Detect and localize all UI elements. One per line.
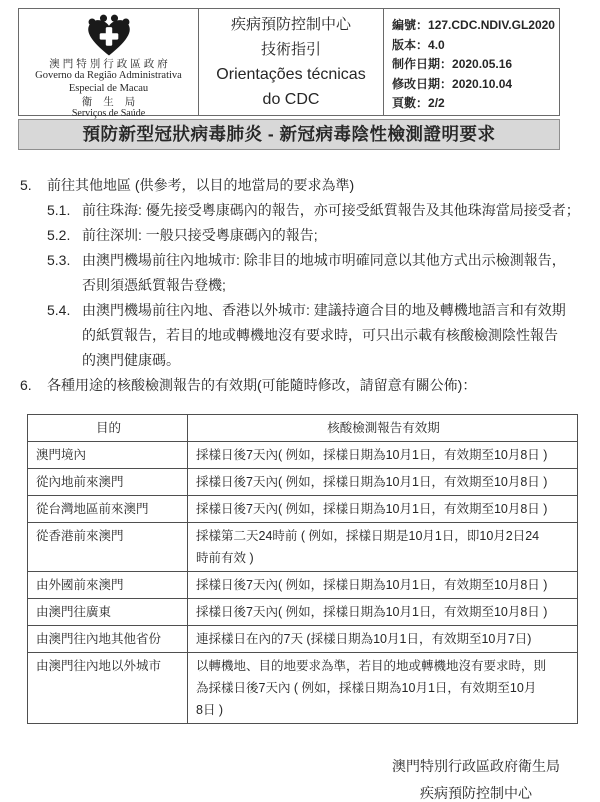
subitem-number: 5.4. [47, 298, 82, 373]
subitem-text: 由澳門機場前往內地、香港以外城市: 建議持適合目的地及轉機地語言和有效期 的紙質… [82, 298, 584, 373]
subitem-5-2: 5.2. 前往深圳: 一般只接受粵康碼內的報告; [47, 223, 584, 248]
purpose-cell: 從內地前來澳門 [28, 469, 188, 496]
validity-cell: 採樣日後7天內( 例如，採樣日期為10月1日，有效期至10月8日 ) [188, 496, 578, 523]
subitem-text: 前往深圳: 一般只接受粵康碼內的報告; [82, 223, 584, 248]
subitem-5-3: 5.3. 由澳門機場前往內地城市: 除非目的地城市明確同意以其他方式出示檢測報告… [47, 248, 584, 298]
subitem-number: 5.3. [47, 248, 82, 298]
table-header-validity: 核酸檢測報告有效期 [188, 415, 578, 442]
meta-separator: ： [440, 57, 452, 71]
table-header-row: 目的 核酸檢測報告有效期 [28, 415, 578, 442]
doc-meta-cell: 編號：127.CDC.NDIV.GL2020 版本：4.0 制作日期：2020.… [383, 9, 559, 115]
item-text: 前往其他地區 (供參考，以目的地當局的要求為準) [47, 173, 584, 198]
meta-row-created: 制作日期：2020.05.16 [392, 55, 557, 75]
subitem-5-4: 5.4. 由澳門機場前往內地、香港以外城市: 建議持適合目的地及轉機地語言和有效… [47, 298, 584, 373]
meta-label: 編號 [392, 18, 416, 32]
table-row-from-mainland: 從內地前來澳門 採樣日後7天內( 例如，採樣日期為10月1日，有效期至10月8日… [28, 469, 578, 496]
footer-dept-line: 疾病預防控制中心 [386, 780, 566, 802]
subitem-5-1: 5.1. 前往珠海: 優先接受粵康碼內的報告，亦可接受紙質報告及其他珠海當局接受… [47, 198, 584, 223]
document-footer: 澳門特別行政區政府衛生局 疾病預防控制中心 [386, 753, 566, 802]
purpose-cell: 由澳門往廣東 [28, 599, 188, 626]
cdc-title-pt-line1: Orientações técnicas [199, 62, 383, 87]
table-row-to-outside-mainland: 由澳門往內地以外城市 以轉機地、目的地要求為準，若目的地或轉機地沒有要求時，則 … [28, 653, 578, 724]
footer-org-line: 澳門特別行政區政府衛生局 [386, 753, 566, 780]
org-name-pt-line1: Governo da Região Administrativa [19, 70, 198, 83]
document-page: 澳門特別行政區政府 Governo da Região Administrati… [0, 8, 600, 802]
meta-label: 制作日期 [392, 57, 440, 71]
subitem-text: 前往珠海: 優先接受粵康碼內的報告，亦可接受紙質報告及其他珠海當局接受者； [82, 198, 584, 223]
table-header-purpose: 目的 [28, 415, 188, 442]
section-item-6: 6. 各種用途的核酸檢測報告的有效期(可能隨時修改，請留意有關公佈)： [20, 373, 584, 398]
meta-separator: ： [440, 77, 452, 91]
cdc-title-pt-line2: do CDC [199, 87, 383, 112]
health-bureau-logo-icon [19, 12, 198, 57]
validity-cell: 採樣日後7天內( 例如，採樣日期為10月1日，有效期至10月8日 ) [188, 572, 578, 599]
validity-table: 目的 核酸檢測報告有效期 澳門境內 採樣日後7天內( 例如，採樣日期為10月1日… [27, 414, 578, 724]
purpose-cell: 從香港前來澳門 [28, 523, 188, 572]
meta-value: 127.CDC.NDIV.GL2020 [428, 18, 555, 32]
validity-cell: 採樣第二天24時前 ( 例如，採樣日期是10月1日，即10月2日24 時前有效 … [188, 523, 578, 572]
table-row-to-guangdong: 由澳門往廣東 採樣日後7天內( 例如，採樣日期為10月1日，有效期至10月8日 … [28, 599, 578, 626]
cdc-title-cn-line1: 疾病預防控制中心 [199, 12, 383, 37]
meta-row-pages: 頁數：2/2 [392, 94, 557, 114]
meta-row-version: 版本：4.0 [392, 36, 557, 56]
page-title: 預防新型冠狀病毒肺炎 - 新冠病毒陰性檢測證明要求 [18, 119, 560, 150]
validity-cell: 連採樣日在內的7天 (採樣日期為10月1日，有效期至10月7日) [188, 626, 578, 653]
meta-row-number: 編號：127.CDC.NDIV.GL2020 [392, 16, 557, 36]
meta-separator: ： [416, 38, 428, 52]
subitem-number: 5.1. [47, 198, 82, 223]
cdc-guideline-cell: 疾病預防控制中心 技術指引 Orientações técnicas do CD… [198, 9, 383, 115]
meta-value: 2/2 [428, 96, 445, 110]
document-header: 澳門特別行政區政府 Governo da Região Administrati… [18, 8, 560, 116]
validity-cell: 採樣日後7天內( 例如，採樣日期為10月1日，有效期至10月8日 ) [188, 442, 578, 469]
org-name-pt-line2: Especial de Macau [19, 83, 198, 96]
purpose-cell: 從台灣地區前來澳門 [28, 496, 188, 523]
item-number: 6. [20, 373, 47, 398]
meta-separator: ： [416, 18, 428, 32]
meta-value: 2020.10.04 [452, 77, 512, 91]
purpose-cell: 由澳門往內地其他省份 [28, 626, 188, 653]
table-row-from-hongkong: 從香港前來澳門 採樣第二天24時前 ( 例如，採樣日期是10月1日，即10月2日… [28, 523, 578, 572]
validity-cell: 採樣日後7天內( 例如，採樣日期為10月1日，有效期至10月8日 ) [188, 599, 578, 626]
meta-separator: ： [416, 96, 428, 110]
purpose-cell: 由外國前來澳門 [28, 572, 188, 599]
table-row-macau-local: 澳門境內 採樣日後7天內( 例如，採樣日期為10月1日，有效期至10月8日 ) [28, 442, 578, 469]
dept-name-pt: Serviços de Saúde [19, 108, 198, 120]
meta-label: 頁數 [392, 96, 416, 110]
item-5-subitems: 5.1. 前往珠海: 優先接受粵康碼內的報告，亦可接受紙質報告及其他珠海當局接受… [47, 198, 584, 373]
meta-value: 2020.05.16 [452, 57, 512, 71]
table-row-from-foreign: 由外國前來澳門 採樣日後7天內( 例如，採樣日期為10月1日，有效期至10月8日… [28, 572, 578, 599]
table-row-from-taiwan: 從台灣地區前來澳門 採樣日後7天內( 例如，採樣日期為10月1日，有效期至10月… [28, 496, 578, 523]
item-text: 各種用途的核酸檢測報告的有效期(可能隨時修改，請留意有關公佈)： [47, 373, 584, 398]
meta-row-modified: 修改日期：2020.10.04 [392, 75, 557, 95]
purpose-cell: 澳門境內 [28, 442, 188, 469]
issuer-cell: 澳門特別行政區政府 Governo da Região Administrati… [19, 9, 198, 115]
dept-name-cn: 衛生局 [19, 96, 198, 108]
purpose-cell: 由澳門往內地以外城市 [28, 653, 188, 724]
meta-label: 修改日期 [392, 77, 440, 91]
table-row-to-other-provinces: 由澳門往內地其他省份 連採樣日在內的7天 (採樣日期為10月1日，有效期至10月… [28, 626, 578, 653]
item-number: 5. [20, 173, 47, 198]
validity-cell: 以轉機地、目的地要求為準，若目的地或轉機地沒有要求時，則 為採樣日後7天內 ( … [188, 653, 578, 724]
meta-value: 4.0 [428, 38, 445, 52]
subitem-number: 5.2. [47, 223, 82, 248]
document-body: 5. 前往其他地區 (供參考，以目的地當局的要求為準) 5.1. 前往珠海: 優… [20, 173, 584, 398]
meta-label: 版本 [392, 38, 416, 52]
subitem-text: 由澳門機場前往內地城市: 除非目的地城市明確同意以其他方式出示檢測報告， 否則須… [82, 248, 584, 298]
org-name-cn: 澳門特別行政區政府 [19, 58, 198, 70]
validity-cell: 採樣日後7天內( 例如，採樣日期為10月1日，有效期至10月8日 ) [188, 469, 578, 496]
section-item-5: 5. 前往其他地區 (供參考，以目的地當局的要求為準) [20, 173, 584, 198]
cdc-title-cn-line2: 技術指引 [199, 37, 383, 62]
